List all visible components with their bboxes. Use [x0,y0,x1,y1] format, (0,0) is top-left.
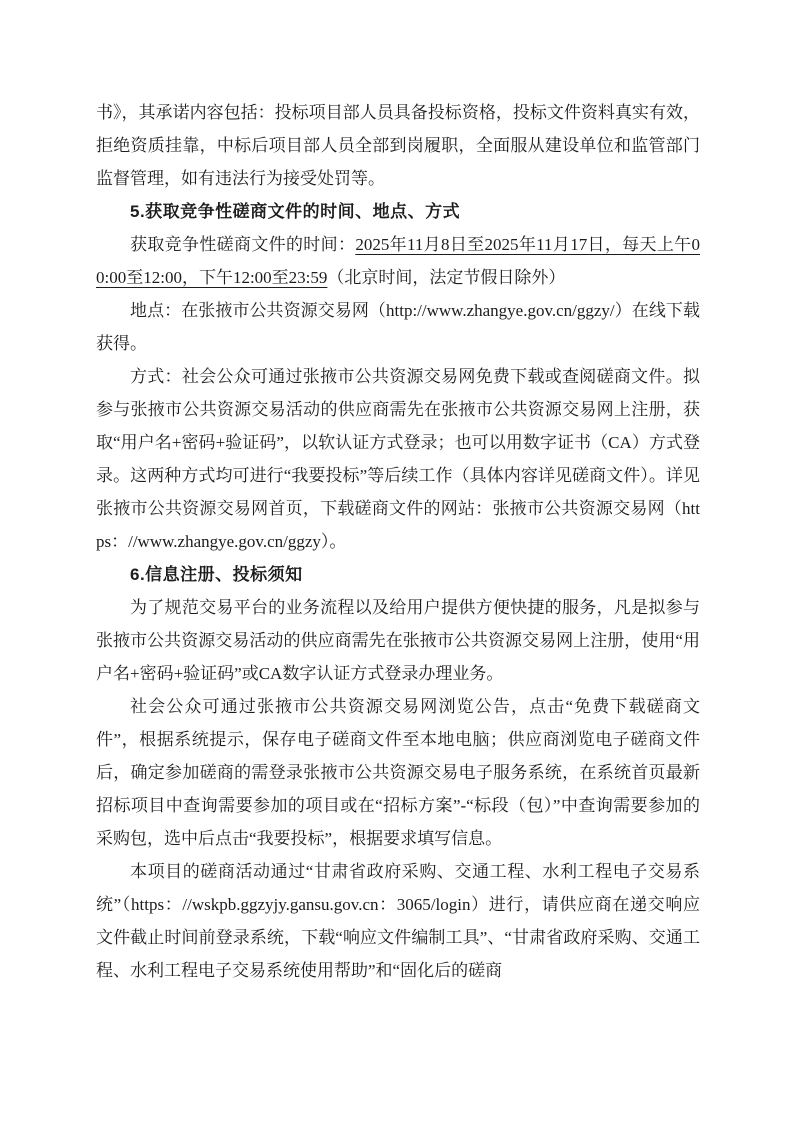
section5-heading: 5.获取竞争性磋商文件的时间、地点、方式 [96,195,700,228]
paragraph-file-obtain-time: 获取竞争性磋商文件的时间：2025年11月8日至2025年11月17日，每天上午… [96,228,700,294]
paragraph-file-obtain-method: 方式：社会公众可通过张掖市公共资源交易网免费下载或查阅磋商文件。拟参与张掖市公共… [96,360,700,558]
time-label: 获取竞争性磋商文件的时间： [130,235,355,254]
paragraph-file-obtain-location: 地点：在张掖市公共资源交易网（http://www.zhangye.gov.cn… [96,294,700,360]
document-page: 书》，其承诺内容包括：投标项目部人员具备投标资格，投标文件资料真实有效，拒绝资质… [0,0,794,1123]
paragraph-info-registration: 为了规范交易平台的业务流程以及给用户提供方便快捷的服务，凡是拟参与张掖市公共资源… [96,591,700,690]
paragraph-commitment-continued: 书》，其承诺内容包括：投标项目部人员具备投标资格，投标文件资料真实有效，拒绝资质… [96,96,700,195]
paragraph-browse-download: 社会公众可通过张掖市公共资源交易网浏览公告，点击“免费下载磋商文件”，根据系统提… [96,690,700,855]
time-suffix: （北京时间，法定节假日除外） [327,268,565,287]
section6-heading: 6.信息注册、投标须知 [96,558,700,591]
paragraph-trading-system: 本项目的磋商活动通过“甘肃省政府采购、交通工程、水利工程电子交易系统”（http… [96,855,700,987]
